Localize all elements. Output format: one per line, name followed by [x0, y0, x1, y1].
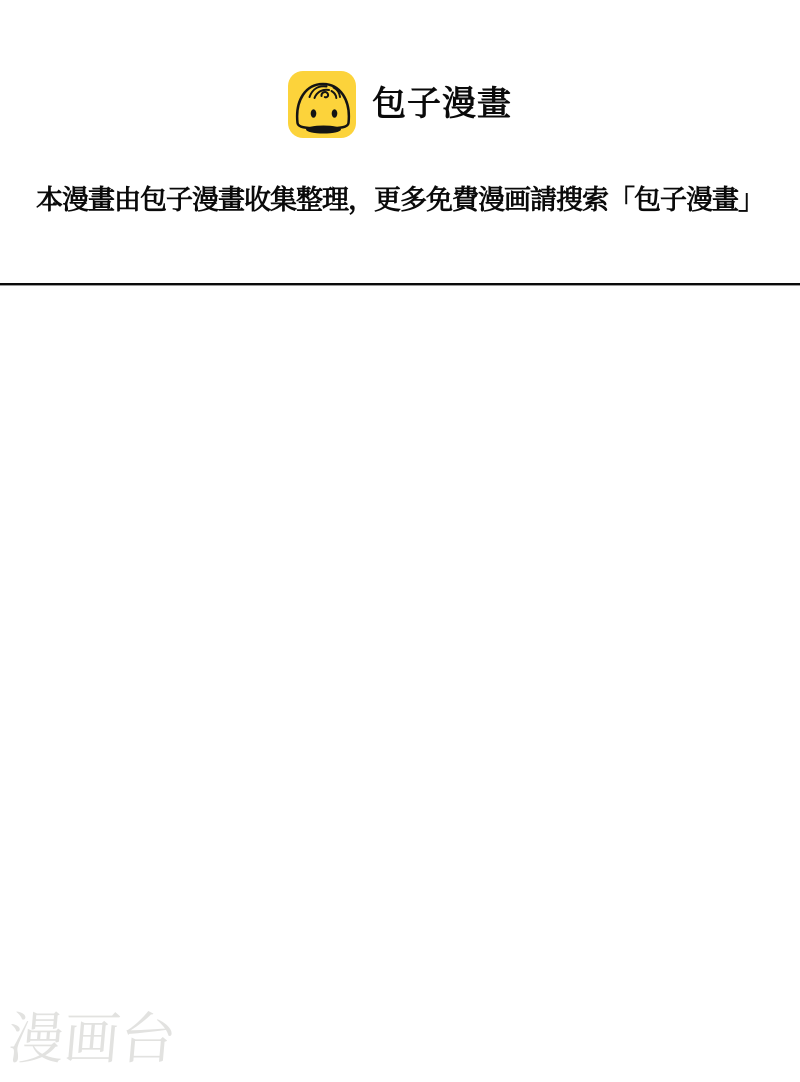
brand-name: 包子漫畫 [372, 87, 512, 121]
baozi-icon [288, 70, 356, 138]
credit-header: 包子漫畫 本漫畫由包子漫畫收集整理，更多免費漫画請搜索「包子漫畫」 [0, 0, 800, 217]
watermark-manhuatai: 漫画台 [5, 1008, 178, 1070]
credit-tagline: 本漫畫由包子漫畫收集整理，更多免費漫画請搜索「包子漫畫」 [0, 178, 800, 217]
blank-page-area [0, 286, 800, 1082]
brand-logo: 包子漫畫 [0, 70, 800, 138]
